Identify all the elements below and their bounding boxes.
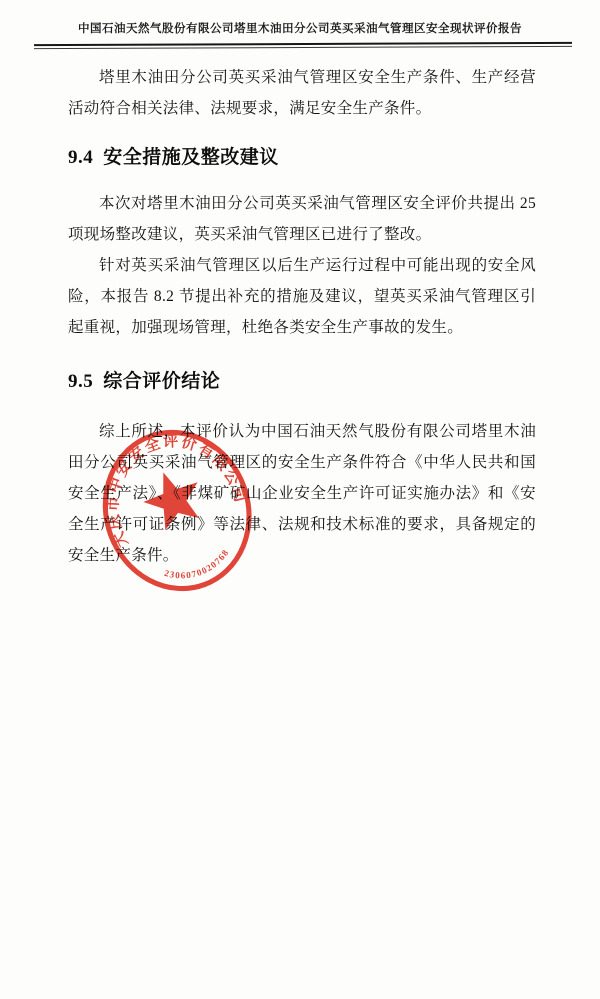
page-header-title: 中国石油天然气股份有限公司塔里木油田分公司英买采油气管理区安全现状评价报告 (0, 20, 600, 36)
section-9-4-paragraph-2: 针对英买采油气管理区以后生产运行过程中可能出现的安全风险，本报告 8.2 节提出… (68, 250, 536, 343)
intro-paragraph: 塔里木油田分公司英买采油气管理区安全生产条件、生产经营活动符合相关法律、法规要求… (68, 62, 536, 124)
header-divider-rule (34, 42, 572, 49)
report-page: { "header": { "title": "中国石油天然气股份有限公司塔里木… (0, 0, 600, 999)
section-title-9-5: 综合评价结论 (103, 371, 220, 392)
section-9-5-paragraph-1: 综上所述，本评价认为中国石油天然气股份有限公司塔里木油田分公司英买采油气管理区的… (68, 416, 536, 571)
section-heading-9-5: 9.5综合评价结论 (68, 369, 536, 395)
section-9-4-paragraph-1: 本次对塔里木油田分公司英买采油气管理区安全评价共提出 25 项现场整改建议，英买… (68, 188, 536, 250)
section-number-9-5: 9.5 (68, 371, 93, 392)
section-heading-9-4: 9.4安全措施及整改建议 (68, 145, 536, 171)
section-title-9-4: 安全措施及整改建议 (103, 147, 279, 168)
document-body: 塔里木油田分公司英买采油气管理区安全生产条件、生产经营活动符合相关法律、法规要求… (68, 62, 536, 571)
section-number-9-4: 9.4 (68, 147, 93, 168)
